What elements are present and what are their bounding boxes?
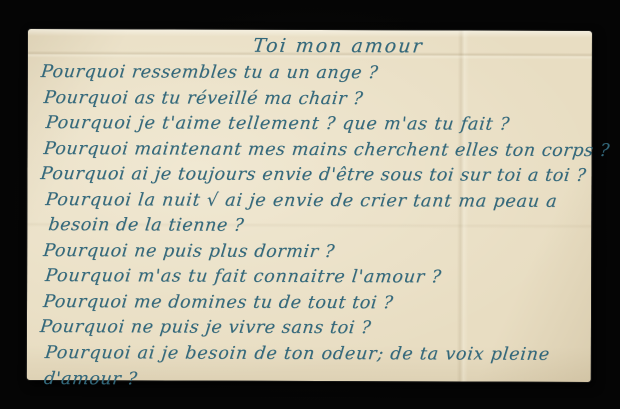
letter-body: Pourquoi ressembles tu a un ange ? Pourq… (40, 60, 580, 394)
letter-line: d'amour ? (42, 367, 580, 394)
letter-line: Pourquoi maintenant mes mains cherchent … (42, 137, 581, 164)
letter-line: besoin de la tienne ? (47, 213, 581, 240)
letter-line: Pourquoi ai je besoin de ton odeur; de t… (43, 341, 580, 368)
letter-line: Pourquoi ne puis je vivre sans toi ? (39, 316, 581, 343)
letter-line: Pourquoi me domines tu de tout toi ? (42, 290, 581, 317)
letter-line: Pourquoi ai je toujours envie d'être sou… (39, 162, 581, 189)
photo-background: Toi mon amour Pourquoi ressembles tu a u… (0, 0, 620, 409)
letter-line: Pourquoi je t'aime tellement ? que m'as … (44, 111, 581, 138)
letter-paper: Toi mon amour Pourquoi ressembles tu a u… (27, 29, 592, 382)
letter-line: Pourquoi ne puis plus dormir ? (42, 239, 581, 266)
letter-line: Pourquoi m'as tu fait connaitre l'amour … (44, 264, 581, 291)
letter-line: Pourquoi as tu réveillé ma chair ? (42, 86, 581, 113)
letter-line: Pourquoi la nuit √ ai je envie de crier … (44, 188, 581, 215)
letter-title: Toi mon amour (39, 32, 581, 61)
handwritten-text: Toi mon amour Pourquoi ressembles tu a u… (27, 29, 592, 382)
letter-line: Pourquoi ressembles tu a un ange ? (39, 60, 581, 87)
